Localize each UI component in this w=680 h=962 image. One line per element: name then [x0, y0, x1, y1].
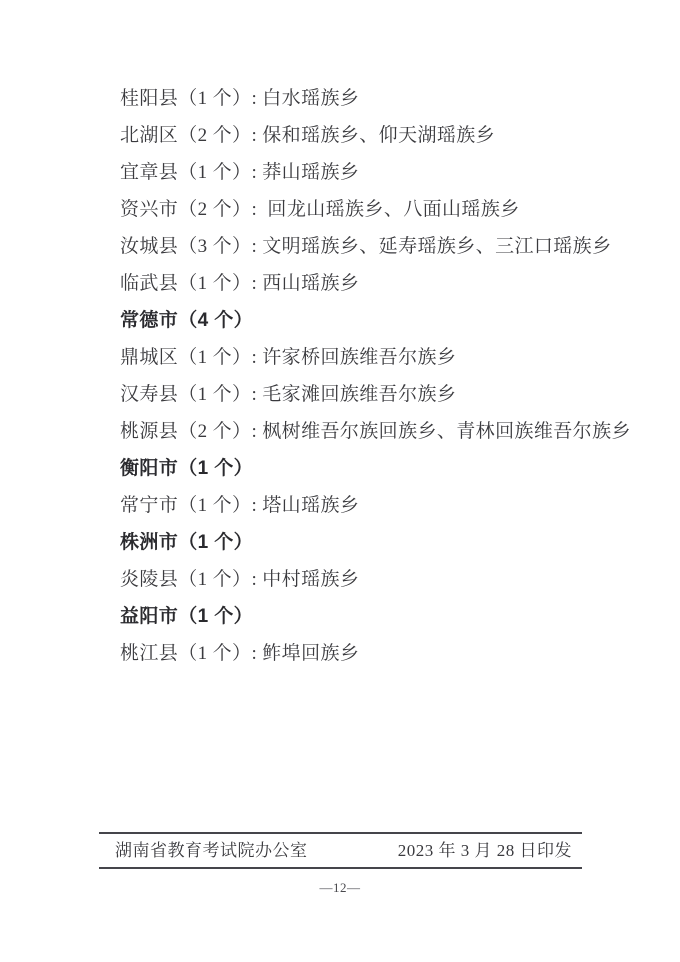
- city-heading-row: 益阳市（1 个）: [120, 598, 600, 635]
- city-heading-row: 株洲市（1 个）: [120, 524, 600, 561]
- county-entry-row: 常宁市（1 个）: 塔山瑶族乡: [120, 487, 600, 524]
- city-heading-row: 常德市（4 个）: [120, 302, 600, 339]
- county-entry-row: 桃江县（1 个）: 鲊埠回族乡: [120, 635, 600, 672]
- document-footer: 湖南省教育考试院办公室 2023 年 3 月 28 日印发: [99, 832, 582, 869]
- entries-list: 桂阳县（1 个）: 白水瑶族乡 北湖区（2 个）: 保和瑶族乡、仰天湖瑶族乡 宜…: [120, 80, 600, 672]
- footer-print-date: 2023 年 3 月 28 日印发: [398, 834, 572, 867]
- county-entry-row: 汉寿县（1 个）: 毛家滩回族维吾尔族乡: [120, 376, 600, 413]
- county-entry-row: 汝城县（3 个）: 文明瑶族乡、延寿瑶族乡、三江口瑶族乡: [120, 228, 600, 265]
- page-number: —12—: [0, 880, 680, 896]
- document-page: 桂阳县（1 个）: 白水瑶族乡 北湖区（2 个）: 保和瑶族乡、仰天湖瑶族乡 宜…: [0, 0, 680, 962]
- county-entry-row: 北湖区（2 个）: 保和瑶族乡、仰天湖瑶族乡: [120, 117, 600, 154]
- county-entry-row: 临武县（1 个）: 西山瑶族乡: [120, 265, 600, 302]
- footer-issuer: 湖南省教育考试院办公室: [115, 834, 308, 867]
- county-entry-row: 桃源县（2 个）: 枫树维吾尔族回族乡、青林回族维吾尔族乡: [120, 413, 600, 450]
- city-heading-row: 衡阳市（1 个）: [120, 450, 600, 487]
- county-entry-row: 炎陵县（1 个）: 中村瑶族乡: [120, 561, 600, 598]
- county-entry-row: 桂阳县（1 个）: 白水瑶族乡: [120, 80, 600, 117]
- county-entry-row: 鼎城区（1 个）: 许家桥回族维吾尔族乡: [120, 339, 600, 376]
- county-entry-row: 宜章县（1 个）: 莽山瑶族乡: [120, 154, 600, 191]
- county-entry-row: 资兴市（2 个）: 回龙山瑶族乡、八面山瑶族乡: [120, 191, 600, 228]
